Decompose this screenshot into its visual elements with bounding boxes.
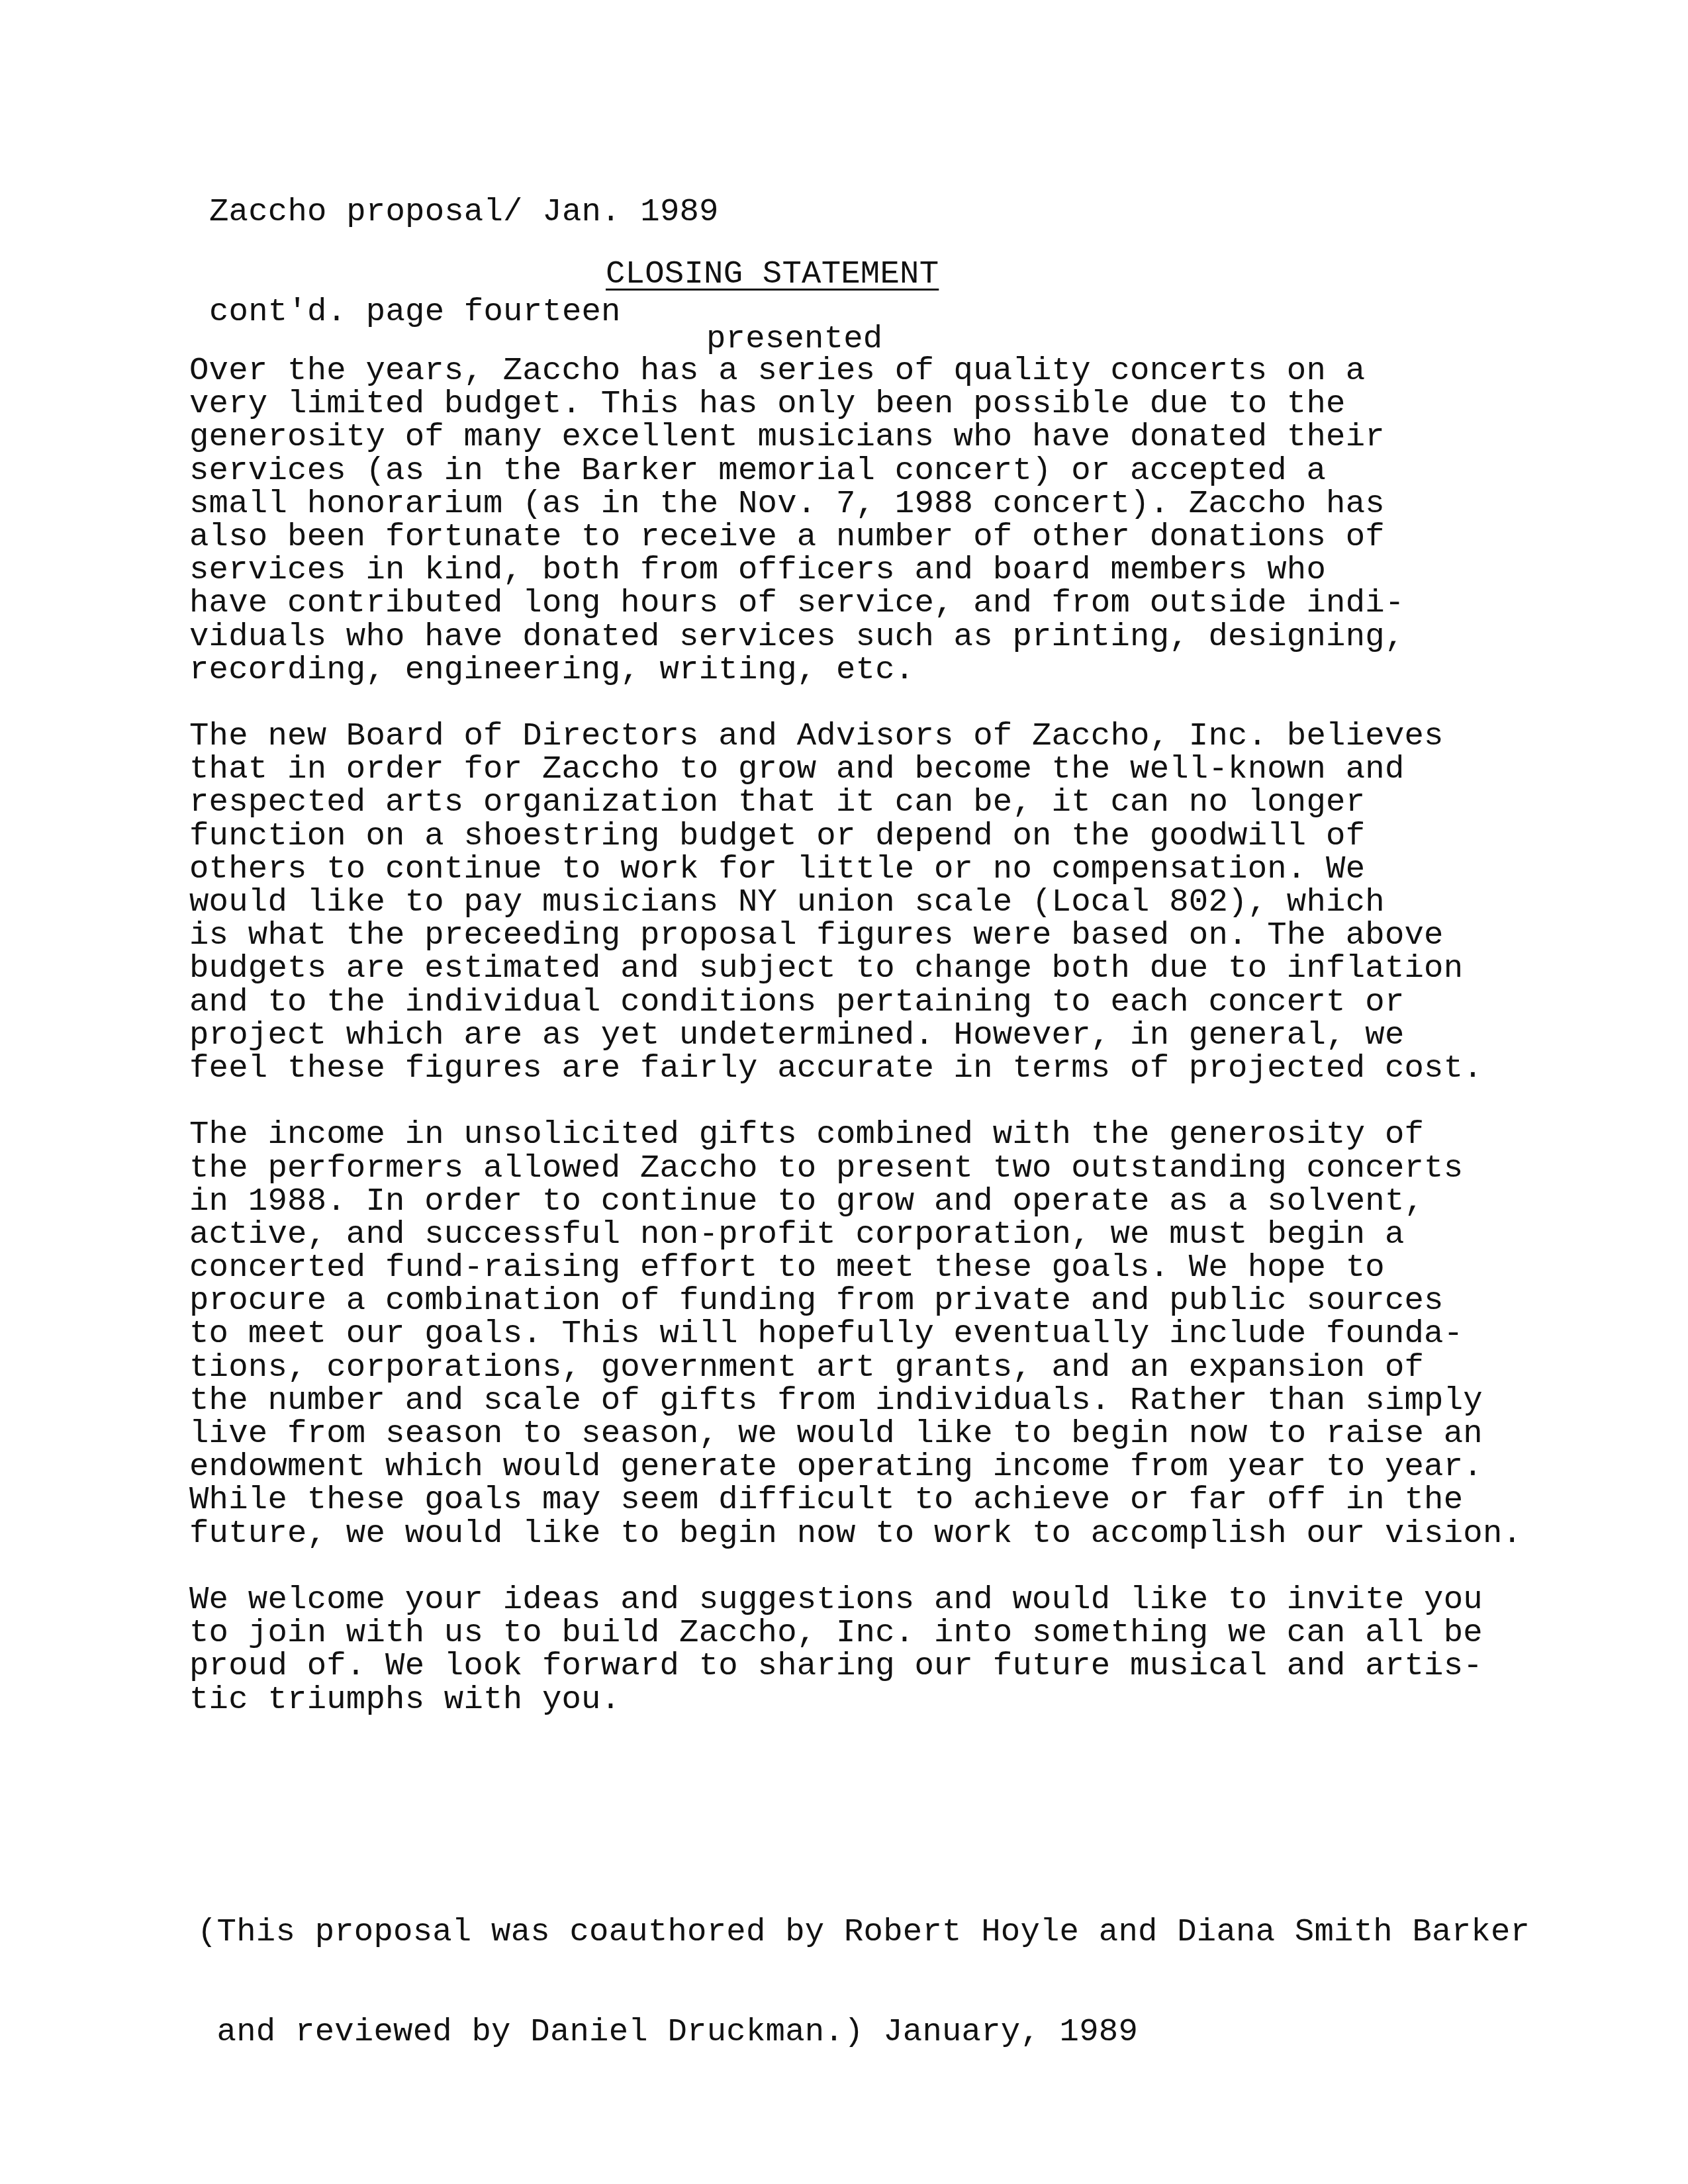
paragraph: We welcome your ideas and suggestions an… bbox=[189, 1583, 1522, 1716]
paragraph-line: have contributed long hours of service, … bbox=[189, 586, 1522, 619]
paragraph-line: live from season to season, we would lik… bbox=[189, 1417, 1522, 1450]
paragraph-line: to join with us to build Zaccho, Inc. in… bbox=[189, 1616, 1522, 1649]
header-line-proposal-date: Zaccho proposal/ Jan. 1989 bbox=[209, 195, 719, 228]
paragraph-line: also been fortunate to receive a number … bbox=[189, 520, 1522, 553]
paragraph-line: function on a shoestring budget or depen… bbox=[189, 819, 1522, 852]
paragraph-line: generosity of many excellent musicians w… bbox=[189, 420, 1522, 453]
footer-line: (This proposal was coauthored by Robert … bbox=[197, 1915, 1530, 1948]
paragraph-line: would like to pay musicians NY union sca… bbox=[189, 886, 1522, 919]
paragraph-line: We welcome your ideas and suggestions an… bbox=[189, 1583, 1522, 1616]
paragraph-line: others to continue to work for little or… bbox=[189, 852, 1522, 886]
paragraph-line: feel these figures are fairly accurate i… bbox=[189, 1052, 1522, 1085]
paragraph-line: services (as in the Barker memorial conc… bbox=[189, 454, 1522, 487]
paragraph-gap bbox=[189, 686, 1522, 719]
paragraph-line: and to the individual conditions pertain… bbox=[189, 985, 1522, 1019]
document-body: Over the years, Zaccho has a series of q… bbox=[189, 354, 1522, 1716]
document-header: Zaccho proposal/ Jan. 1989 cont'd. page … bbox=[209, 129, 719, 361]
paragraph-line: endowment which would generate operating… bbox=[189, 1450, 1522, 1483]
paragraph-line: procure a combination of funding from pr… bbox=[189, 1284, 1522, 1317]
paragraph-line: very limited budget. This has only been … bbox=[189, 387, 1522, 420]
authorship-note: (This proposal was coauthored by Robert … bbox=[197, 1849, 1530, 2081]
paragraph-line: in 1988. In order to continue to grow an… bbox=[189, 1185, 1522, 1218]
paragraph-line: services in kind, both from officers and… bbox=[189, 553, 1522, 586]
paragraph-line: small honorarium (as in the Nov. 7, 1988… bbox=[189, 487, 1522, 520]
paragraph-line: project which are as yet undetermined. H… bbox=[189, 1019, 1522, 1052]
paragraph: The new Board of Directors and Advisors … bbox=[189, 719, 1522, 1085]
paragraph-line: budgets are estimated and subject to cha… bbox=[189, 952, 1522, 985]
paragraph-line: that in order for Zaccho to grow and bec… bbox=[189, 752, 1522, 786]
paragraph-line: respected arts organization that it can … bbox=[189, 786, 1522, 819]
paragraph-line: the number and scale of gifts from indiv… bbox=[189, 1384, 1522, 1417]
paragraph-line: the performers allowed Zaccho to present… bbox=[189, 1152, 1522, 1185]
paragraph-line: tions, corporations, government art gran… bbox=[189, 1351, 1522, 1384]
paragraph-line: The new Board of Directors and Advisors … bbox=[189, 719, 1522, 752]
paragraph: The income in unsolicited gifts combined… bbox=[189, 1118, 1522, 1549]
paragraph-line: proud of. We look forward to sharing our… bbox=[189, 1649, 1522, 1682]
header-line-page-number: cont'd. page fourteen bbox=[209, 295, 719, 328]
paragraph-line: future, we would like to begin now to wo… bbox=[189, 1517, 1522, 1550]
paragraph-line: concerted fund-raising effort to meet th… bbox=[189, 1251, 1522, 1284]
paragraph-line: viduals who have donated services such a… bbox=[189, 620, 1522, 653]
paragraph: Over the years, Zaccho has a series of q… bbox=[189, 354, 1522, 686]
paragraph-line: tic triumphs with you. bbox=[189, 1683, 1522, 1716]
footer-line: and reviewed by Daniel Druckman.) Januar… bbox=[197, 2015, 1530, 2048]
handwritten-insertion-note: presented bbox=[706, 322, 882, 355]
section-title: CLOSING STATEMENT bbox=[606, 257, 939, 291]
paragraph-gap bbox=[189, 1085, 1522, 1118]
paragraph-line: is what the preceeding proposal figures … bbox=[189, 919, 1522, 952]
paragraph-line: The income in unsolicited gifts combined… bbox=[189, 1118, 1522, 1151]
paragraph-line: recording, engineering, writing, etc. bbox=[189, 653, 1522, 686]
paragraph-line: to meet our goals. This will hopefully e… bbox=[189, 1317, 1522, 1350]
paragraph-line: While these goals may seem difficult to … bbox=[189, 1483, 1522, 1516]
paragraph-line: active, and successful non-profit corpor… bbox=[189, 1218, 1522, 1251]
paragraph-line: Over the years, Zaccho has a series of q… bbox=[189, 354, 1522, 387]
paragraph-gap bbox=[189, 1550, 1522, 1583]
